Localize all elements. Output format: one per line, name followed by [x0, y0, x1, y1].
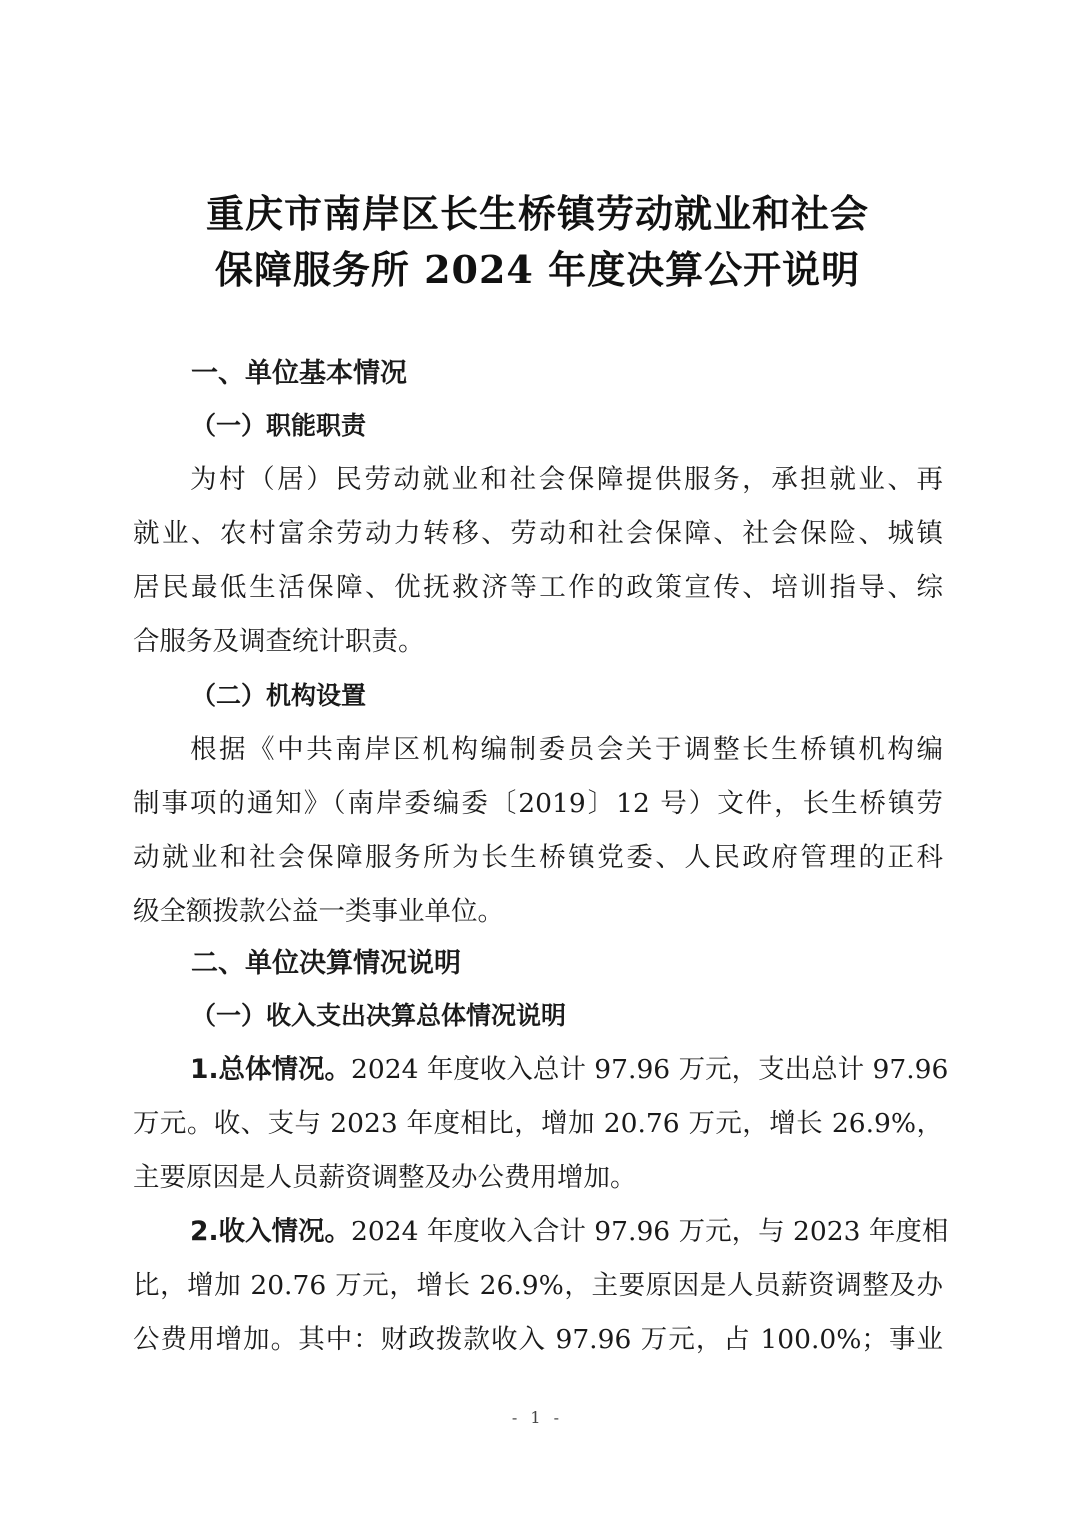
paragraph-line: 比，增加 20.76 万元，增长 26.9%，主要原因是人员薪资调整及办	[133, 1266, 943, 1306]
paragraph-line: 动就业和社会保障服务所为长生桥镇党委、人民政府管理的正科	[133, 838, 943, 878]
paragraph-line: 1.总体情况。2024 年度收入总计 97.96 万元，支出总计 97.96	[133, 1050, 943, 1090]
section-heading-1: 一、单位基本情况	[191, 354, 407, 394]
document-title: 重庆市南岸区长生桥镇劳动就业和社会 保障服务所 2024 年度决算公开说明	[0, 186, 1075, 298]
subsection-heading-functions: （一）职能职责	[191, 406, 366, 446]
paragraph-line: 居民最低生活保障、优抚救济等工作的政策宣传、培训指导、综	[133, 568, 943, 608]
title-line-2: 保障服务所 2024 年度决算公开说明	[0, 242, 1075, 298]
paragraph-line: 主要原因是人员薪资调整及办公费用增加。	[133, 1158, 943, 1198]
paragraph-line: 制事项的通知》（南岸委编委〔2019〕12 号）文件，长生桥镇劳	[133, 784, 943, 824]
subsection-heading-overview: （一）收入支出决算总体情况说明	[191, 996, 566, 1036]
paragraph-line: 级全额拨款公益一类事业单位。	[133, 892, 943, 932]
paragraph-line: 万元。收、支与 2023 年度相比，增加 20.76 万元，增长 26.9%，	[133, 1104, 943, 1144]
paragraph-line: 为村（居）民劳动就业和社会保障提供服务，承担就业、再	[133, 460, 943, 500]
paragraph-lead-income: 2.收入情况。	[190, 1216, 351, 1247]
subsection-heading-organization: （二）机构设置	[191, 676, 366, 716]
paragraph-line: 2.收入情况。2024 年度收入合计 97.96 万元，与 2023 年度相	[133, 1212, 943, 1252]
page-number: - 1 -	[0, 1408, 1075, 1427]
paragraph-lead-overall: 1.总体情况。	[190, 1054, 351, 1085]
paragraph-line: 根据《中共南岸区机构编制委员会关于调整长生桥镇机构编	[133, 730, 943, 770]
paragraph-line: 合服务及调查统计职责。	[133, 622, 943, 662]
section-heading-2: 二、单位决算情况说明	[191, 944, 461, 984]
title-line-1: 重庆市南岸区长生桥镇劳动就业和社会	[0, 186, 1075, 242]
paragraph-line: 就业、农村富余劳动力转移、劳动和社会保障、社会保险、城镇	[133, 514, 943, 554]
paragraph-line: 公费用增加。其中：财政拨款收入 97.96 万元，占 100.0%；事业	[133, 1320, 943, 1360]
